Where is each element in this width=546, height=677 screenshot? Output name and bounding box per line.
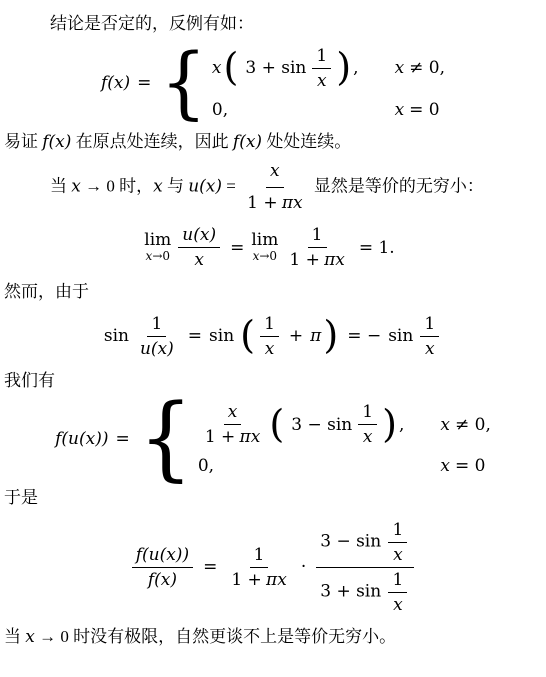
limit-operator: lim x→0 [251,232,278,262]
lim-word: lim [251,232,278,250]
comma: , [399,415,404,435]
plus-sign: + [289,326,303,346]
math-run: = 0 [455,456,485,476]
text-run: 当 [50,176,71,195]
math-var: x [395,100,405,120]
math-run: f(x) [42,132,71,152]
text-run: → 0 时， [81,176,153,195]
math-var: x [395,58,405,78]
math-run: = 1. [359,238,395,258]
fraction: 1 x [260,314,279,359]
math-var: x [153,176,163,196]
math-lhs: f(x) [101,73,130,93]
fraction: 1 x [358,402,377,447]
text-run: 在原点处连续，因此 [71,132,233,151]
math-lhs: f(u(x)) [55,429,108,449]
math-run: 0, [198,456,214,476]
cases-block: x 1 + πx ( 3 − sin 1 x ) , x ≠ 0, 0, [198,402,491,476]
case-2-condition: x = 0 [395,100,445,120]
fraction-denominator: x [313,69,331,91]
math-run: 1 + [247,193,277,213]
fraction-numerator: 1 [388,570,407,593]
fraction-numerator: 1 [250,545,269,568]
fraction-denominator: 1 + πx [285,248,348,270]
lim-subscript: x→0 [253,250,277,263]
text-run: = [222,176,240,195]
sin-function: sin [209,326,234,346]
text-run: 结论是否定的，反例有如： [50,14,254,33]
formula-sin-identity: sin 1 u(x) = sin ( 1 x + π ) = − sin 1 x [4,314,542,359]
fraction: u(x) x [178,225,220,270]
sin-function: sin [388,326,413,346]
paragraph-equivalent-infinitesimal: 当 x → 0 时，x 与 u(x) = x1 + πx 显然是等价的无穷小： [4,159,542,216]
fraction-denominator: x [421,337,439,359]
limit-operator: lim x→0 [144,232,171,262]
math-run: →0 [259,249,277,263]
fraction-denominator: 3 + sin 1x [316,568,414,615]
fraction: 1 x [312,46,331,91]
math-run: 1 + [289,250,319,270]
fraction: 1x [388,520,407,565]
fraction-denominator: x [261,337,279,359]
math-run: 3 + sin [320,581,381,601]
fraction-numerator: x [266,159,284,188]
math-run: πx [282,193,303,213]
math-var: x [71,176,81,196]
document: 结论是否定的，反例有如： f(x) = { x ( 3 + sin 1 x ) … [0,0,546,650]
fraction: 1 u(x) [136,314,178,359]
fraction-denominator: f(x) [144,568,181,590]
big-fraction: 3 − sin 1x 3 + sin 1x [316,520,414,615]
text-run: → 0 时没有极限，自然更谈不上是等价无穷小。 [35,627,396,646]
text-run: 然而，由于 [4,282,89,301]
formula-fx-piecewise: f(x) = { x ( 3 + sin 1 x ) , x ≠ 0, 0, [4,46,542,120]
pi-symbol: π [310,326,321,346]
paragraph-we-have: 我们有 [4,368,542,394]
math-run: = − [347,326,381,346]
text-run: 于是 [4,488,38,507]
equals-sign: = [188,326,202,346]
fraction-numerator: x [224,402,242,425]
case-1-condition: x ≠ 0, [395,58,445,78]
paragraph-intro: 结论是否定的，反例有如： [4,11,542,37]
case-1-expression: x ( 3 + sin 1 x ) , [212,46,359,91]
math-run: →0 [152,249,170,263]
paragraph-thus: 于是 [4,485,542,511]
math-run: 3 − sin [320,531,381,551]
fraction: 1 1 + πx [227,545,290,590]
comma: , [353,58,358,78]
equals-sign: = [137,73,151,93]
lim-subscript: x→0 [146,250,170,263]
fraction-denominator: 1 + πx [227,568,290,590]
fraction-numerator: 3 − sin 1x [316,520,414,568]
formula-fux-piecewise: f(u(x)) = { x 1 + πx ( 3 − sin 1 x ) , x… [4,402,542,476]
equals-sign: = [230,238,244,258]
fraction: 1 x [420,314,439,359]
math-run: 3 + sin [245,58,306,78]
case-1-expression: x 1 + πx ( 3 − sin 1 x ) , [198,402,405,447]
lim-word: lim [144,232,171,250]
fraction-numerator: 1 [358,402,377,425]
math-run: ≠ 0, [455,415,491,435]
math-run: πx [240,427,261,447]
math-run: = 0 [409,100,439,120]
math-run: u(x) [188,176,222,196]
text-run: 易证 [4,132,42,151]
math-run: ≠ 0, [409,58,445,78]
text-run: 我们有 [4,371,55,390]
fraction-denominator: 1 + πx [201,425,264,447]
fraction-denominator: x [389,543,407,565]
fraction-numerator: f(u(x)) [132,545,193,568]
formula-ratio: f(u(x)) f(x) = 1 1 + πx · 3 − sin 1x 3 +… [4,520,542,615]
fraction-denominator: x [389,593,407,615]
fraction-denominator: 1 + πx [243,188,306,217]
fraction-numerator: 1 [312,46,331,69]
math-var: x [440,456,450,476]
fraction: f(u(x)) f(x) [132,545,193,590]
math-run: 1 + [205,427,235,447]
fraction-numerator: u(x) [178,225,220,248]
math-var: x [212,58,222,78]
fraction: 1x [388,570,407,615]
cases-block: x ( 3 + sin 1 x ) , x ≠ 0, 0, x = 0 [212,46,445,120]
math-run: 3 − sin [291,415,352,435]
fraction: x 1 + πx [201,402,264,447]
equals-sign: = [203,557,217,577]
fraction-numerator: 1 [388,520,407,543]
formula-limit-equivalence: lim x→0 u(x) x = lim x→0 1 1 + πx = 1. [4,225,542,270]
fraction: 1 1 + πx [285,225,348,270]
fraction-numerator: 1 [260,314,279,337]
cdot-operator: · [301,557,306,577]
text-run: 与 [163,176,189,195]
math-run: πx [266,570,287,590]
paragraph-conclusion: 当 x → 0 时没有极限，自然更谈不上是等价无穷小。 [4,624,542,651]
fraction: x1 + πx [243,159,306,216]
case-2-expression: 0, [212,100,359,120]
paragraph-however: 然而，由于 [4,279,542,305]
math-run: 0, [212,100,228,120]
math-var: x [440,415,450,435]
paragraph-continuity: 易证 f(x) 在原点处连续，因此 f(x) 处处连续。 [4,129,542,156]
text-run: 当 [4,627,25,646]
case-1-condition: x ≠ 0, [440,415,490,435]
fraction-denominator: x [359,425,377,447]
case-2-expression: 0, [198,456,405,476]
math-run: 1 + [231,570,261,590]
case-2-condition: x = 0 [440,456,490,476]
math-run: πx [324,250,345,270]
text-run: 处处连续。 [262,132,351,151]
math-run: f(x) [233,132,262,152]
fraction-denominator: x [190,248,208,270]
fraction-numerator: 1 [308,225,327,248]
fraction-denominator: u(x) [136,337,178,359]
fraction-numerator: 1 [420,314,439,337]
equals-sign: = [115,429,129,449]
sin-function: sin [104,326,129,346]
text-run: 显然是等价的无穷小： [310,176,484,195]
fraction-numerator: 1 [147,314,166,337]
math-var: x [25,627,35,647]
